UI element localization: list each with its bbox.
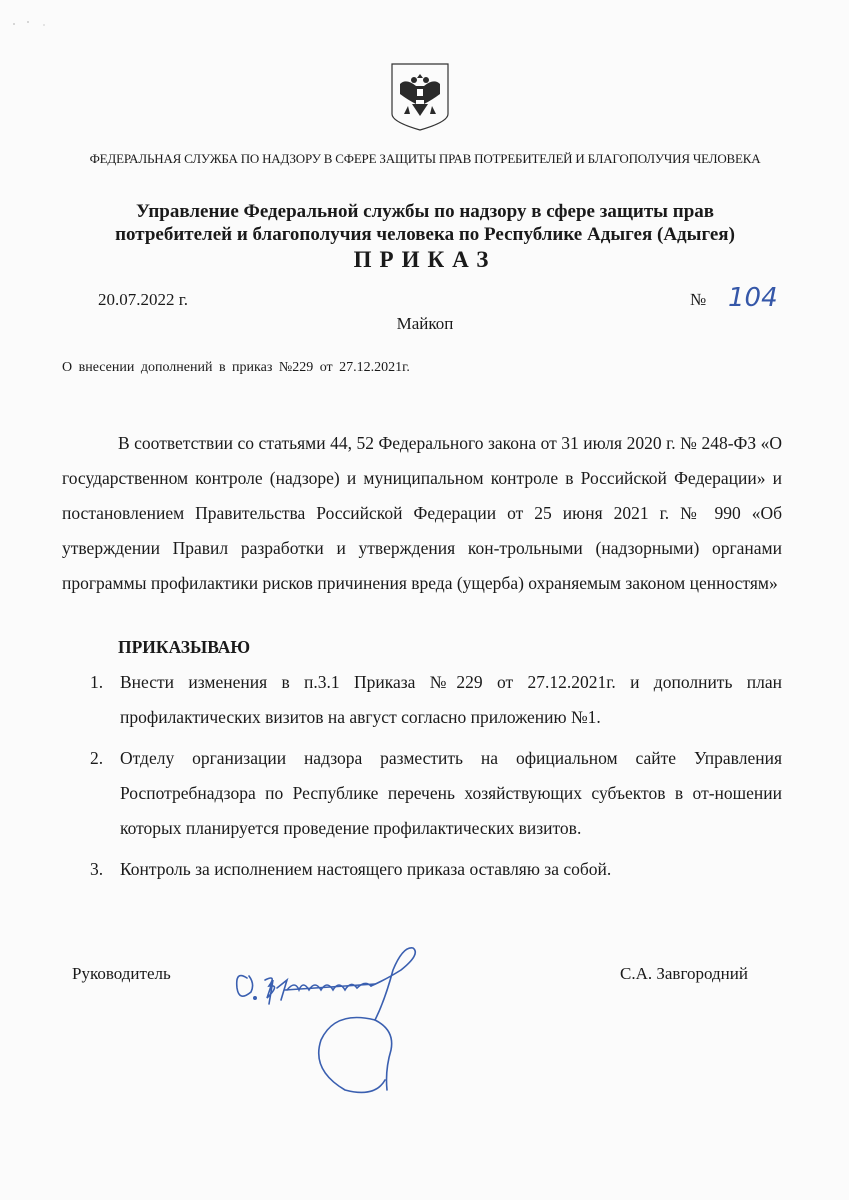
preamble: В соответствии со статьями 44, 52 Федера… [62, 426, 782, 601]
item-number: 2. [90, 741, 103, 776]
office-name: Управление Федеральной службы по надзору… [60, 200, 790, 246]
handwritten-signature-icon [225, 940, 495, 1100]
agency-name: ФЕДЕРАЛЬНАЯ СЛУЖБА ПО НАДЗОРУ В СФЕРЕ ЗА… [60, 150, 790, 167]
order-items: 1. Внести изменения в п.3.1 Приказа №229… [90, 665, 782, 893]
item-text: Отделу организации надзора разместить на… [120, 748, 782, 838]
order-city: Майкоп [60, 314, 790, 334]
item-text: Контроль за исполнением настоящего прика… [120, 859, 611, 879]
order-item: 1. Внести изменения в п.3.1 Приказа №229… [90, 665, 782, 735]
order-date: 20.07.2022 г. [98, 290, 188, 310]
order-word: ПРИКАЗЫВАЮ [118, 637, 250, 658]
scan-artifact [8, 14, 68, 34]
signer-role: Руководитель [72, 964, 171, 984]
coat-of-arms-icon [388, 60, 452, 132]
signer-name: С.А. Завгородний [620, 964, 748, 984]
order-item: 2. Отделу организации надзора разместить… [90, 741, 782, 846]
order-number-label: № [690, 290, 706, 310]
order-number-handwritten: 104 [728, 283, 778, 313]
order-subject: О внесении дополнений в приказ №229 от 2… [62, 358, 422, 378]
office-name-line2: потребителей и благополучия человека по … [60, 223, 790, 246]
office-name-line1: Управление Федеральной службы по надзору… [60, 200, 790, 223]
item-number: 1. [90, 665, 103, 700]
item-text: Внести изменения в п.3.1 Приказа №229 от… [120, 672, 782, 727]
order-item: 3. Контроль за исполнением настоящего пр… [90, 852, 782, 887]
document-title: ПРИКАЗ [60, 247, 790, 273]
item-number: 3. [90, 852, 103, 887]
